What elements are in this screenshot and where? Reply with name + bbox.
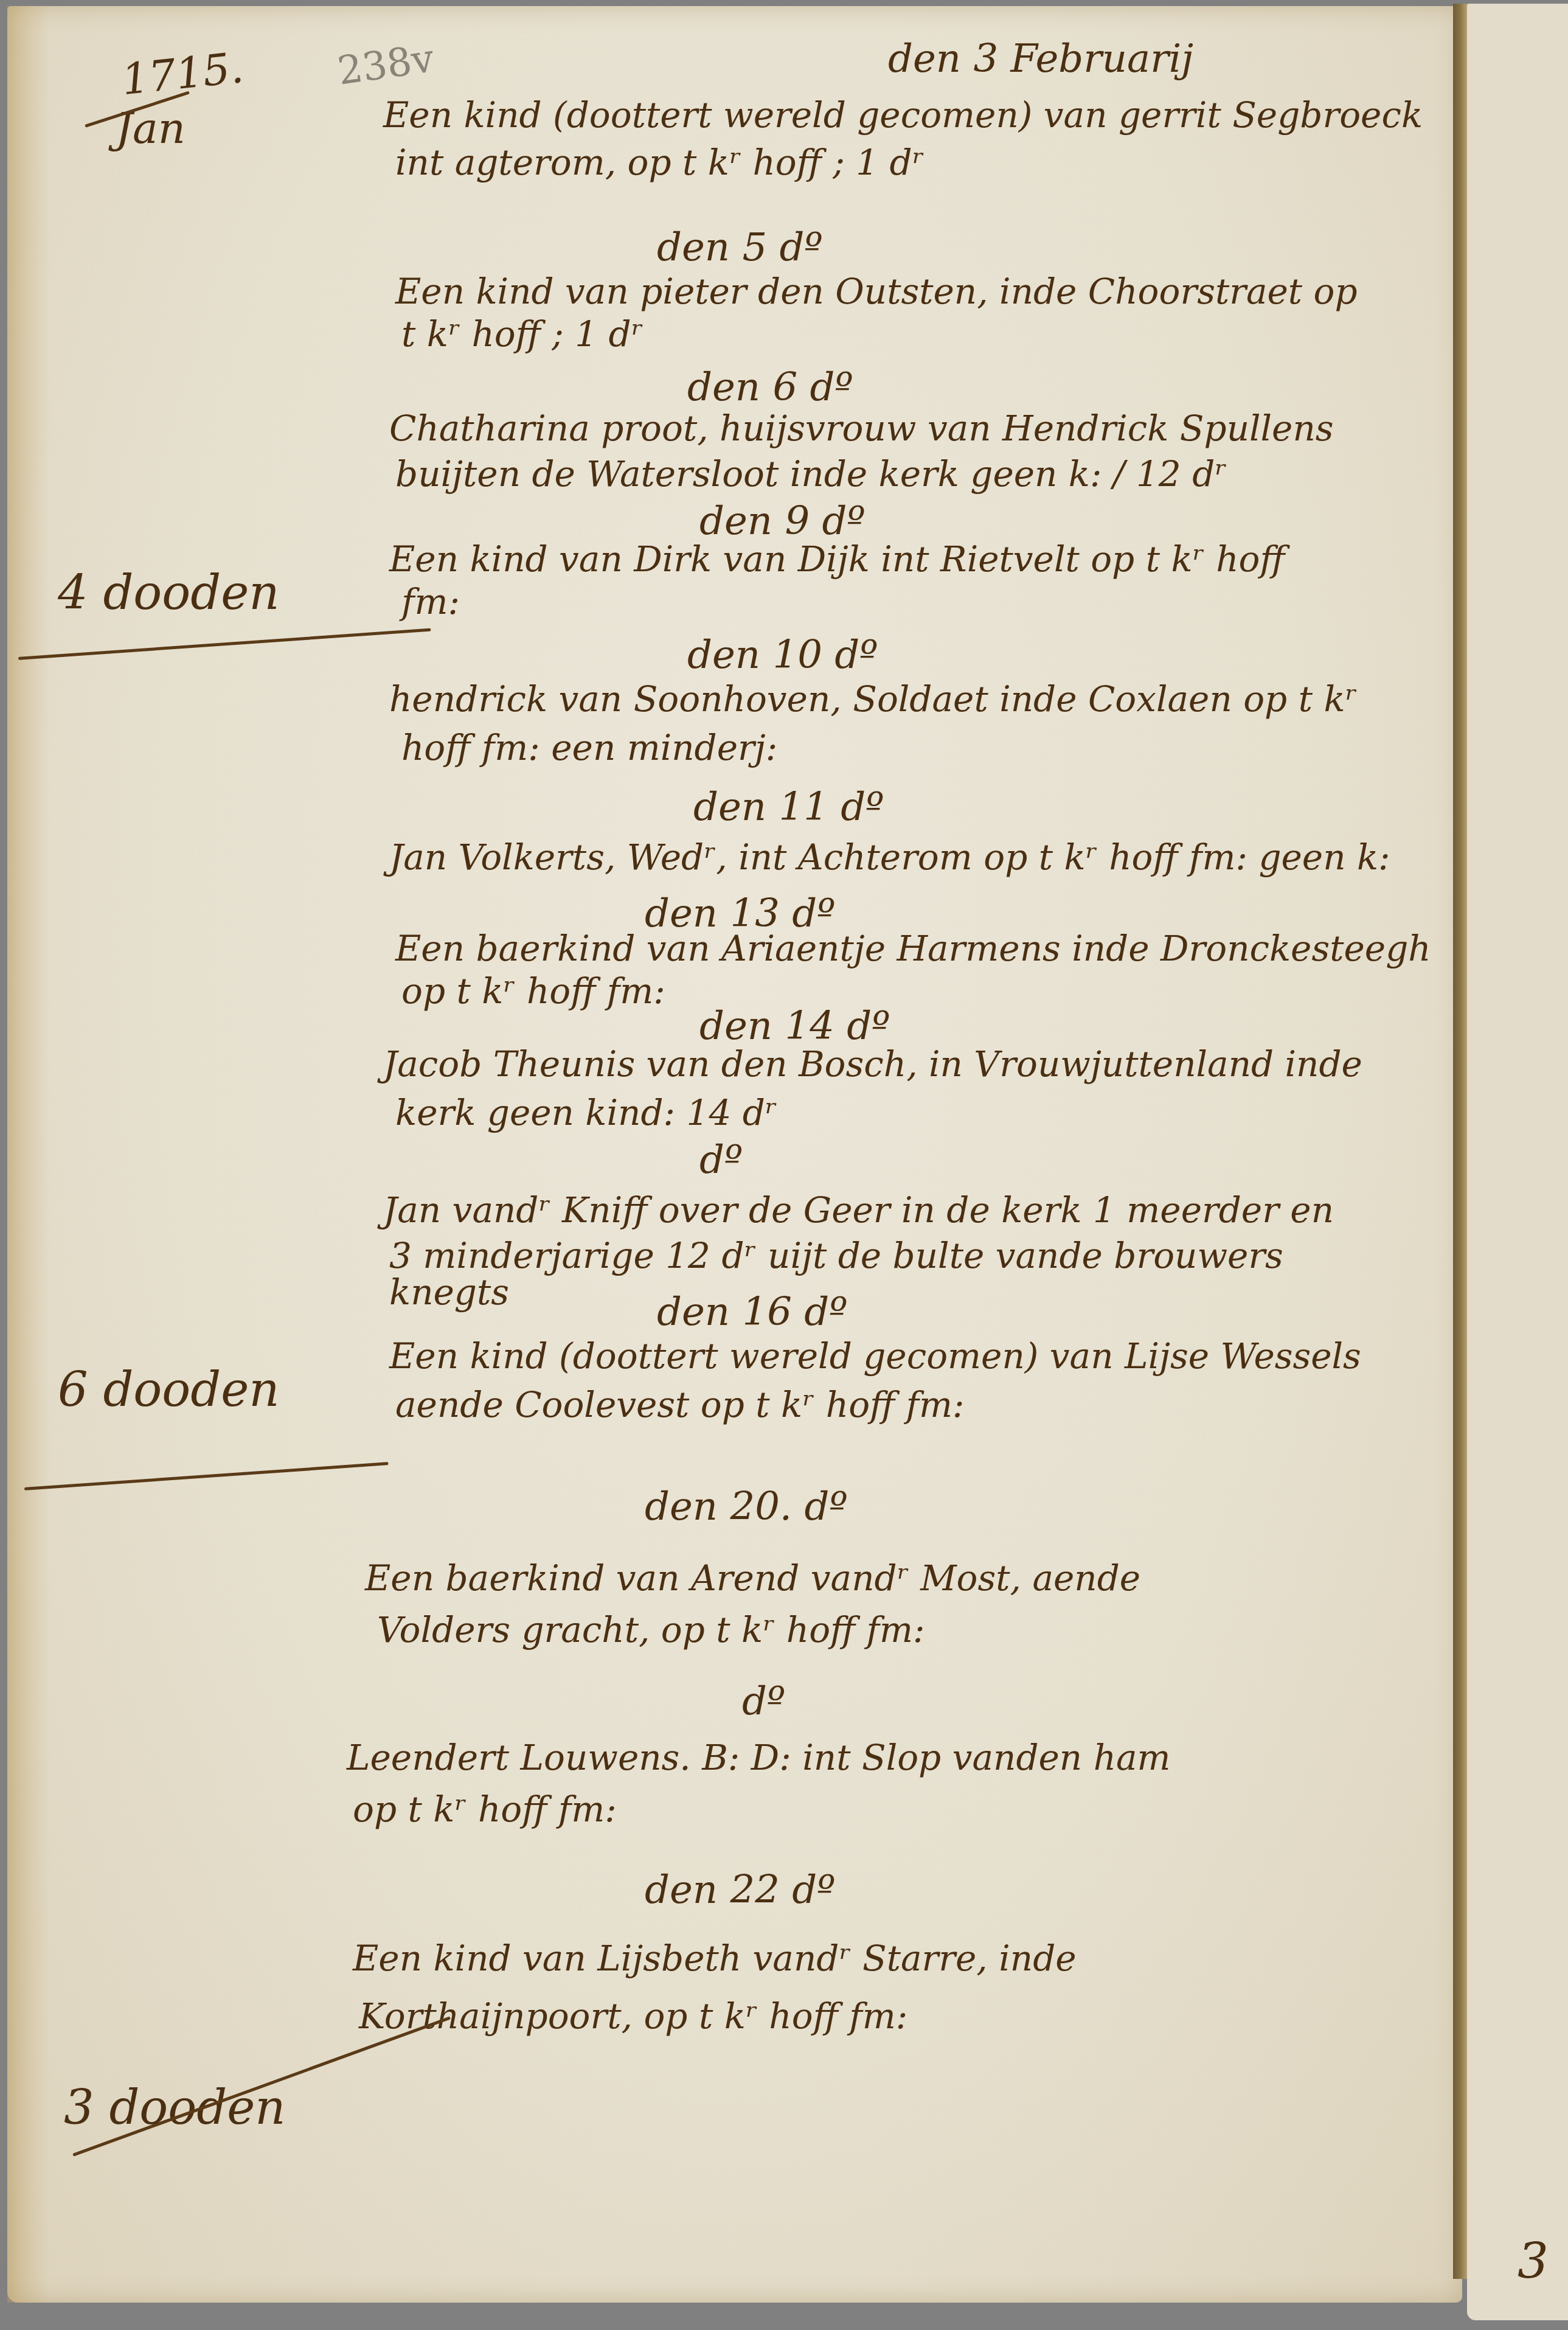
entry-line: hendrick van Soonhoven, Soldaet inde Cox… (389, 675, 1358, 723)
margin-death-count: 4 dooden (58, 566, 280, 621)
entry-line: t kʳ hoff ; 1 dʳ (401, 310, 644, 358)
entry-date: den 22 dº (645, 1868, 835, 1913)
entry-date: den 6 dº (687, 365, 853, 410)
entry-date: den 20. dº (645, 1484, 848, 1529)
entry-line: op t kʳ hoff fm: (353, 1786, 617, 1833)
entry-line: Leendert Louwens. B: D: int Slop vanden … (347, 1734, 1171, 1781)
entry-line: op t kʳ hoff fm: (401, 967, 665, 1015)
entry-date: den 11 dº (693, 785, 884, 830)
entry-line: hoff fm: een minderj: (401, 724, 777, 771)
entry-line: Een kind (doottert wereld gecomen) van L… (389, 1332, 1361, 1380)
entry-line: int agterom, op t kʳ hoff ; 1 dʳ (395, 139, 924, 186)
entry-date: den 3 Februarij (888, 37, 1193, 82)
entry-date: den 16 dº (657, 1290, 847, 1335)
entry-line: Jacob Theunis van den Bosch, in Vrouwjut… (383, 1040, 1362, 1088)
entry-date: den 10 dº (687, 633, 878, 678)
entry-line: aende Coolevest op t kʳ hoff fm: (395, 1381, 965, 1428)
adjacent-page-number: 3 (1518, 2233, 1549, 2289)
entry-line: Een kind van Lijsbeth vandʳ Starre, inde (353, 1935, 1077, 1982)
entry-date: dº (742, 1679, 785, 1724)
entry-line: Jan vandʳ Kniff over de Geer in de kerk … (383, 1186, 1334, 1234)
book-gutter (1453, 4, 1468, 2279)
entry-line: Een kind van Dirk van Dijk int Rietvelt … (389, 535, 1285, 583)
entry-line: buijten de Watersloot inde kerk geen k: … (395, 450, 1227, 498)
entry-date: den 5 dº (657, 225, 823, 270)
entry-line: Een baerkind van Ariaentje Harmens inde … (395, 925, 1431, 972)
entry-line: Een kind van pieter den Outsten, inde Ch… (395, 268, 1358, 315)
entry-line: 3 minderjarige 12 dʳ uijt de bulte vande… (389, 1232, 1283, 1279)
entry-line: kerk geen kind: 14 dʳ (395, 1089, 777, 1136)
entry-line: knegts (389, 1268, 509, 1316)
entry-date: dº (699, 1138, 743, 1183)
entry-line: Chatharina proot, huijsvrouw van Hendric… (389, 405, 1334, 452)
entry-line: Jan Volkerts, Wedʳ, int Achterom op t kʳ… (389, 833, 1390, 881)
adjacent-page-edge (1467, 4, 1568, 2320)
entry-line: Korthaijnpoort, op t kʳ hoff fm: (359, 1992, 907, 2040)
entry-line: Een baerkind van Arend vandʳ Most, aende (365, 1554, 1140, 1602)
entry-line: Volders gracht, op t kʳ hoff fm: (377, 1606, 925, 1654)
entry-line: Een kind (doottert wereld gecomen) van g… (383, 91, 1423, 139)
margin-death-count: 6 dooden (58, 1363, 280, 1417)
entry-line: fm: (401, 578, 460, 625)
